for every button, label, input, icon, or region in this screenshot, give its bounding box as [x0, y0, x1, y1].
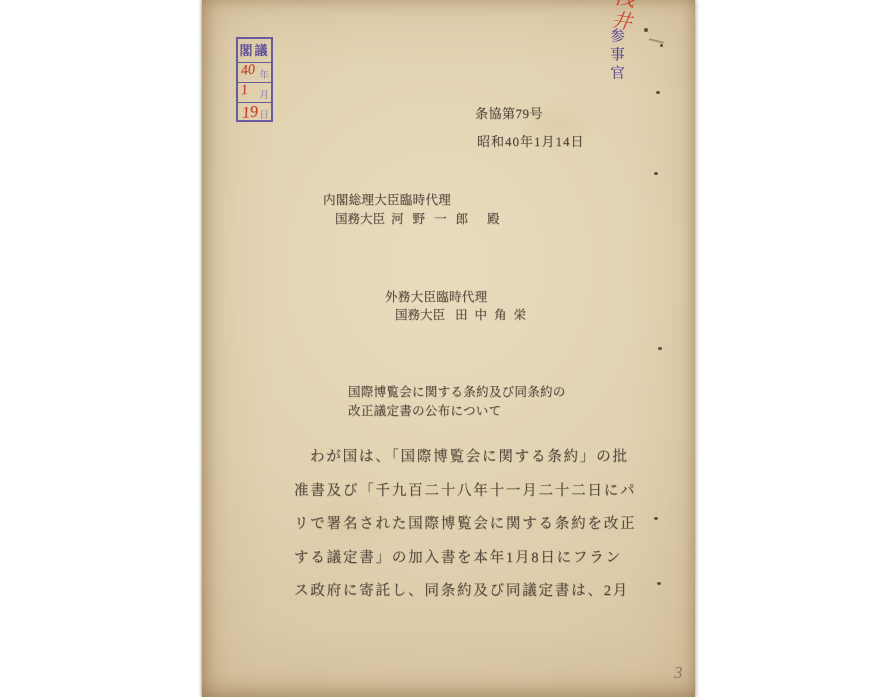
handwritten-month: 1: [240, 83, 249, 100]
cabinet-stamp-month-row: 1 月: [238, 83, 271, 103]
page-number: 3: [674, 663, 683, 683]
ink-speck: [657, 582, 661, 585]
document-page: 閣議 40 年 1 月 19 日 浅井 参事官 条協第79号 昭和40年1月14…: [202, 0, 695, 697]
scratch-mark: [649, 38, 664, 43]
addressee1-name-line: 国務大臣河野一郎殿: [335, 209, 500, 227]
ink-speck: [658, 347, 662, 350]
body-line: リで署名された国際博覧会に関する条約を改正: [294, 508, 658, 542]
counselor-stamp: 参事官: [606, 28, 627, 84]
body-line: ス政府に寄託し、同条約及び同議定書は、2月: [294, 575, 658, 609]
ink-speck: [660, 44, 663, 47]
body-line: 准書及び「千九百二十八年十一月二十二日にパ: [294, 475, 658, 509]
cabinet-stamp-year-row: 40 年: [238, 63, 271, 83]
ink-speck: [654, 172, 658, 175]
handwritten-day: 19: [241, 103, 259, 123]
body-line: する議定書」の加入書を本年1月8日にフラン: [294, 542, 658, 576]
scan-background: 閣議 40 年 1 月 19 日 浅井 参事官 条協第79号 昭和40年1月14…: [0, 0, 895, 697]
cabinet-stamp-day-row: 19 日: [238, 103, 271, 122]
ink-speck: [656, 91, 660, 94]
body-text: わが国は、「国際博覧会に関する条約」の批 准書及び「千九百二十八年十一月二十二日…: [294, 441, 658, 609]
cabinet-approval-stamp: 閣議 40 年 1 月 19 日: [236, 37, 273, 122]
ink-speck: [644, 28, 648, 32]
addressee2-name-line: 国務大臣田中角栄: [395, 305, 543, 323]
month-unit-label: 月: [259, 87, 269, 101]
addressee2-office: 国務大臣: [395, 308, 445, 322]
handwritten-year: 40: [240, 62, 256, 79]
addressee1-title: 内閣総理大臣臨時代理: [323, 190, 451, 208]
document-number: 条協第79号: [475, 103, 543, 122]
subject-title: 国際博覧会に関する条約及び同条約の 改正議定書の公布について: [348, 383, 566, 420]
document-date: 昭和40年1月14日: [477, 131, 585, 150]
day-unit-label: 日: [259, 107, 269, 121]
addressee1-name: 河野一郎: [391, 212, 477, 226]
addressee2-name: 田中角栄: [455, 308, 533, 322]
addressee1-office: 国務大臣: [335, 212, 385, 226]
subject-line-2: 改正議定書の公布について: [348, 402, 566, 421]
cabinet-stamp-title: 閣議: [238, 39, 271, 63]
addressee2-title: 外務大臣臨時代理: [385, 287, 487, 305]
body-line: わが国は、「国際博覧会に関する条約」の批: [294, 441, 658, 475]
subject-line-1: 国際博覧会に関する条約及び同条約の: [348, 383, 566, 402]
addressee1-honorific: 殿: [487, 212, 500, 226]
ink-speck: [654, 517, 658, 520]
year-unit-label: 年: [259, 67, 269, 81]
